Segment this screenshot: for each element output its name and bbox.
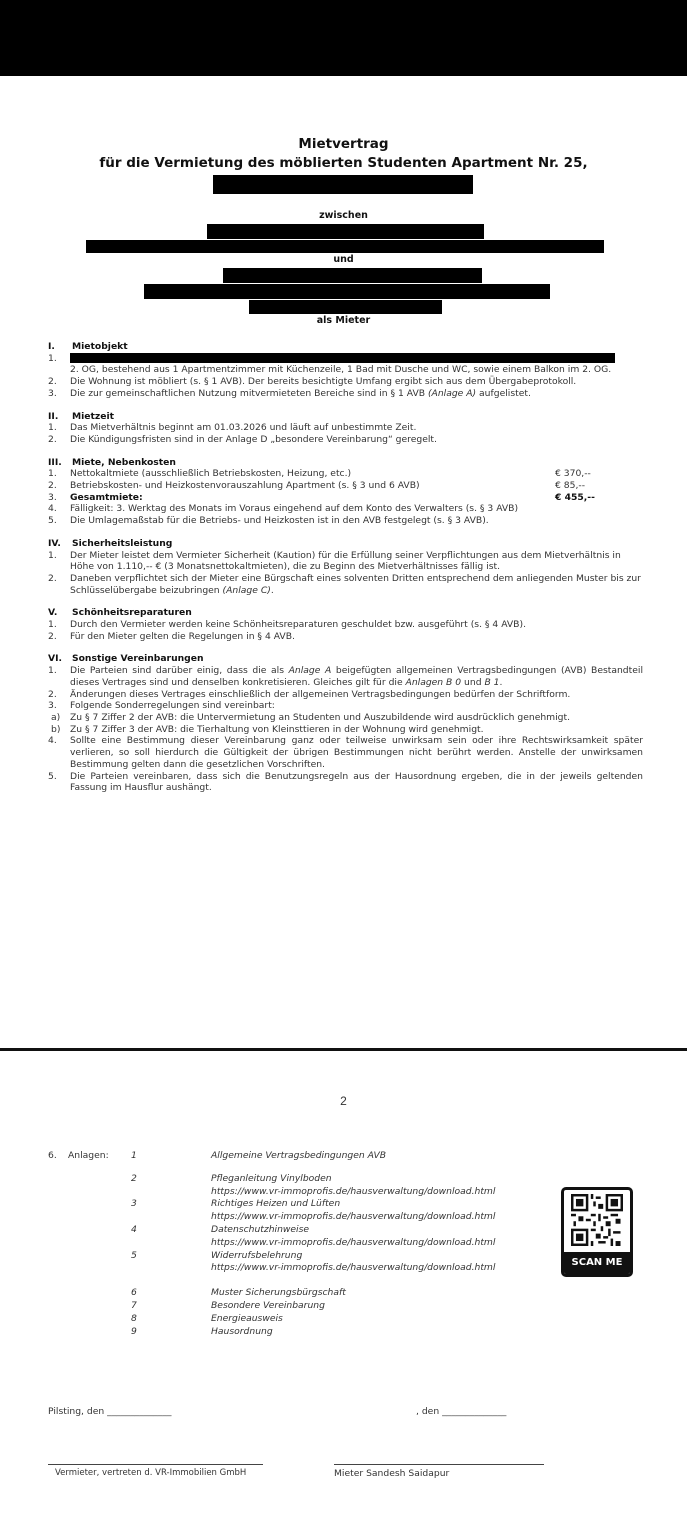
list-item: 2.Daneben verpflichtet sich der Mieter e… — [48, 573, 643, 596]
list-item: 2.Für den Mieter gelten die Regelungen i… — [48, 631, 643, 643]
list-item: 1.Die Parteien sind darüber einig, dass … — [48, 665, 643, 688]
list-item: 4.Sollte eine Bestimmung dieser Vereinba… — [48, 735, 643, 770]
list-item: 1.Das Mietverhältnis beginnt am 01.03.20… — [48, 422, 643, 434]
annex-row: 4Datenschutzhinweise — [48, 1224, 548, 1237]
annex-row: 5Widerrufsbelehrung — [48, 1250, 548, 1263]
tenant-signature-label: Mieter Sandesh Saidapur — [334, 1468, 449, 1479]
redacted-tenant-extra — [249, 300, 442, 314]
document-title: Mietvertrag — [0, 136, 687, 152]
list-item: 1.2. OG, bestehend aus 1 Apartmentzimmer… — [48, 353, 643, 376]
list-item: 2.Betriebskosten- und Heizkostenvorausza… — [48, 480, 643, 492]
list-item: 2.Änderungen dieses Vertrages einschließ… — [48, 689, 643, 701]
redacted-landlord-address — [86, 240, 604, 253]
list-item: 5.Die Umlagemaßstab für die Betriebs- un… — [48, 515, 643, 527]
page-divider — [0, 1048, 687, 1051]
section-heading: IV.Sicherheitsleistung — [48, 538, 643, 550]
amount: € 85,-- — [555, 480, 643, 492]
qr-code[interactable]: SCAN ME — [561, 1187, 633, 1277]
annex-row: 6.Anlagen:1Allgemeine Vertragsbedingunge… — [48, 1150, 548, 1163]
list-item: 5.Die Parteien vereinbaren, dass sich di… — [48, 771, 643, 794]
section-heading: V.Schönheitsreparaturen — [48, 607, 643, 619]
contract-body: I.Mietobjekt 1.2. OG, bestehend aus 1 Ap… — [48, 341, 643, 794]
document-subtitle: für die Vermietung des möblierten Studen… — [0, 155, 687, 171]
list-item: 3.Folgende Sonderregelungen sind vereinb… — [48, 700, 643, 712]
page-number: 2 — [0, 1094, 687, 1108]
annex-row: 3Richtiges Heizen und Lüften — [48, 1198, 548, 1211]
annex-url[interactable]: https://www.vr-immoprofis.de/hausverwalt… — [48, 1262, 548, 1275]
scan-me-label: SCAN ME — [564, 1252, 630, 1274]
redacted-tenant-name — [223, 268, 482, 283]
place-date-right: , den ______________ — [416, 1406, 506, 1417]
tenant-label: als Mieter — [0, 315, 687, 326]
section-heading: II.Mietzeit — [48, 411, 643, 423]
landlord-signature-line — [48, 1464, 263, 1465]
list-item: 3.Gesamtmiete:€ 455,-- — [48, 492, 643, 504]
annex-row: 9Hausordnung — [48, 1326, 548, 1339]
list-item: 3.Die zur gemeinschaftlichen Nutzung mit… — [48, 388, 643, 400]
annex-list: 6.Anlagen:1Allgemeine Vertragsbedingunge… — [48, 1150, 548, 1338]
redacted-address — [213, 175, 473, 194]
landlord-signature-label: Vermieter, vertreten d. VR-Immobilien Gm… — [55, 1468, 246, 1478]
sub-item: b)Zu § 7 Ziffer 3 der AVB: die Tierhaltu… — [48, 724, 643, 736]
between-label: zwischen — [0, 210, 687, 221]
redacted-landlord-name — [207, 224, 484, 239]
qr-code-icon — [571, 1194, 623, 1246]
tenant-signature-line — [334, 1464, 544, 1465]
annex-row: 8Energieausweis — [48, 1313, 548, 1326]
annex-row: 7Besondere Vereinbarung — [48, 1300, 548, 1313]
annex-row: 6Muster Sicherungsbürgschaft — [48, 1287, 548, 1300]
total-amount: € 455,-- — [555, 492, 643, 504]
place-date-left: Pilsting, den ______________ — [48, 1406, 171, 1417]
section-heading: I.Mietobjekt — [48, 341, 643, 353]
list-item: 4.Fälligkeit: 3. Werktag des Monats im V… — [48, 503, 643, 515]
annex-url[interactable]: https://www.vr-immoprofis.de/hausverwalt… — [48, 1237, 548, 1250]
list-item: 1.Nettokaltmiete (ausschließlich Betrieb… — [48, 468, 643, 480]
amount: € 370,-- — [555, 468, 643, 480]
sub-item: a)Zu § 7 Ziffer 2 der AVB: die Unterverm… — [48, 712, 643, 724]
and-label: und — [0, 254, 687, 265]
list-item: 1.Der Mieter leistet dem Vermieter Siche… — [48, 550, 643, 573]
annex-url[interactable]: https://www.vr-immoprofis.de/hausverwalt… — [48, 1211, 548, 1224]
redacted-tenant-address — [144, 284, 550, 299]
list-item: 1.Durch den Vermieter werden keine Schön… — [48, 619, 643, 631]
annex-row: 2Pfleganleitung Vinylboden — [48, 1173, 548, 1186]
list-item: 2.Die Wohnung ist möbliert (s. § 1 AVB).… — [48, 376, 643, 388]
section-heading: III.Miete, Nebenkosten — [48, 457, 643, 469]
top-black-bar — [0, 0, 687, 76]
redacted-object-address — [70, 353, 615, 363]
annex-url[interactable]: https://www.vr-immoprofis.de/hausverwalt… — [48, 1186, 548, 1199]
list-item: 2.Die Kündigungsfristen sind in der Anla… — [48, 434, 643, 446]
section-heading: VI.Sonstige Vereinbarungen — [48, 653, 643, 665]
